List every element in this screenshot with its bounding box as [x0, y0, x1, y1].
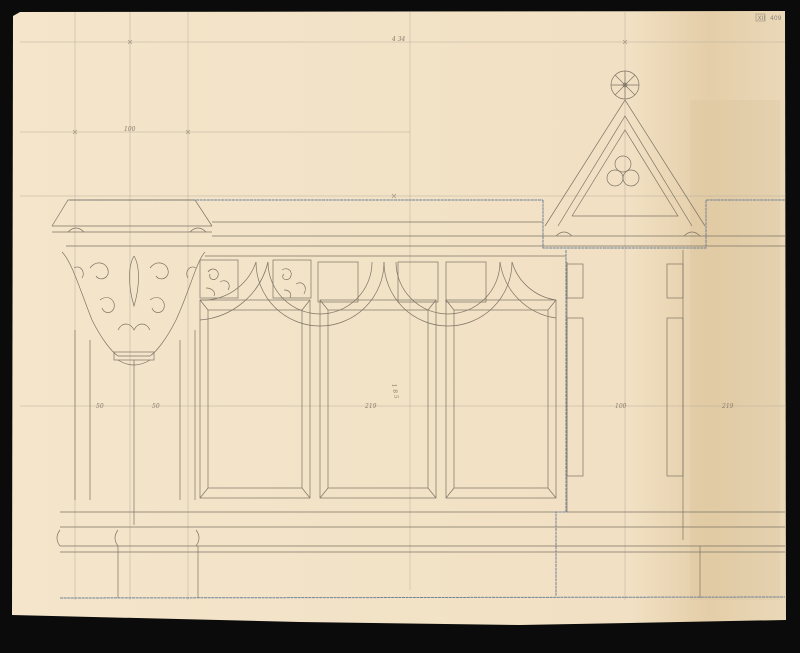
svg-text:219: 219 — [721, 403, 734, 410]
svg-text:100: 100 — [615, 403, 627, 410]
svg-text:4 34: 4 34 — [391, 36, 406, 43]
paper-stain — [690, 100, 780, 600]
svg-text:100: 100 — [124, 126, 136, 133]
svg-text:409: 409 — [770, 15, 782, 22]
svg-text:219: 219 — [364, 403, 377, 410]
drawing-sheet: XII 409 4 34 100 50 50 219 1 8 5 100 219 — [0, 0, 800, 653]
svg-text:50: 50 — [152, 403, 160, 410]
svg-text:XII: XII — [758, 15, 766, 22]
elevation-drawing: XII 409 4 34 100 50 50 219 1 8 5 100 219 — [0, 0, 800, 653]
svg-text:50: 50 — [96, 403, 104, 410]
